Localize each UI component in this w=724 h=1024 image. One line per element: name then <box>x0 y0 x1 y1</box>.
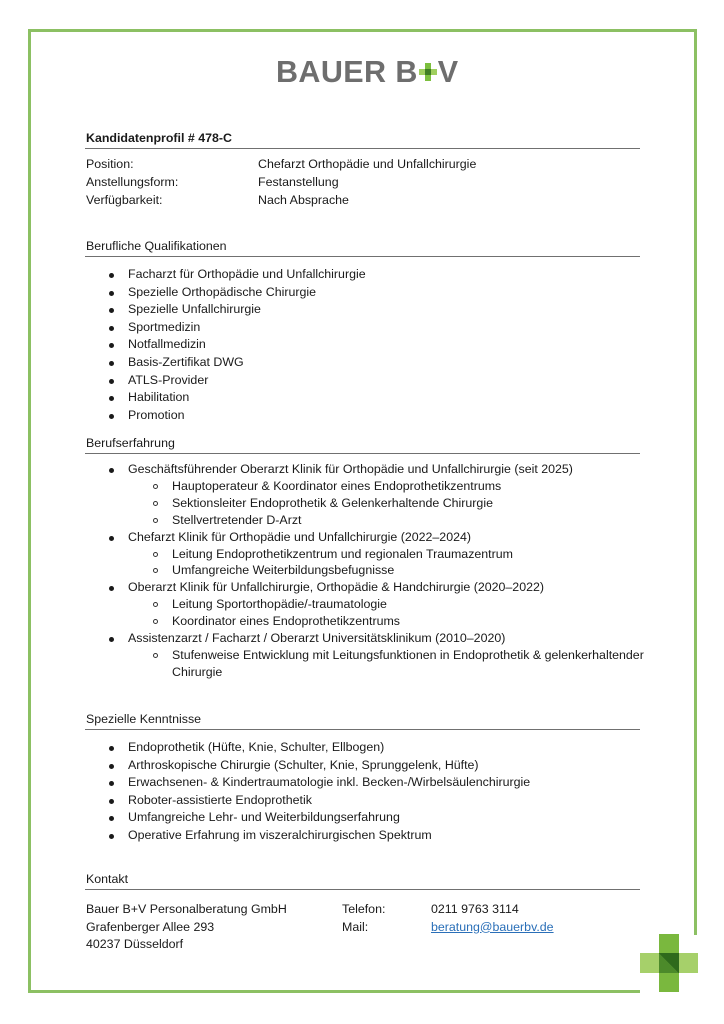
section-title: Berufliche Qualifikationen <box>86 239 227 253</box>
list-item-text: Basis-Zertifikat DWG <box>128 355 244 369</box>
bullet-icon <box>109 326 114 331</box>
bullet-icon <box>109 746 114 751</box>
list-item-text: Geschäftsführender Oberarzt Klinik für O… <box>128 462 573 476</box>
list-item-text: Habilitation <box>128 390 189 404</box>
field-label: Position: <box>86 157 134 171</box>
list-item-text: Leitung Endoprothetikzentrum und regiona… <box>172 547 513 561</box>
bullet-icon <box>109 343 114 348</box>
section-title: Berufserfahrung <box>86 436 175 450</box>
email-link[interactable]: beratung@bauerbv.de <box>431 920 554 934</box>
contact-heading: Kontakt <box>85 871 640 890</box>
bullet-icon <box>109 637 114 642</box>
circle-bullet-icon <box>153 518 158 523</box>
circle-bullet-icon <box>153 484 158 489</box>
list-item-text: Roboter-assistierte Endoprothetik <box>128 793 312 807</box>
list-item-text: Promotion <box>128 408 184 422</box>
contact-address: Bauer B+V Personalberatung GmbH Grafenbe… <box>86 901 287 954</box>
section-title: Kontakt <box>86 872 128 886</box>
list-item-text: Assistenzarzt / Facharzt / Oberarzt Univ… <box>128 631 505 645</box>
list-item-text: Arthroskopische Chirurgie (Schulter, Kni… <box>128 758 479 772</box>
list-item-text: Facharzt für Orthopädie und Unfallchirur… <box>128 267 366 281</box>
contact-labels: Telefon: Mail: <box>342 901 385 936</box>
list-item-text: Stellvertretender D-Arzt <box>172 513 301 527</box>
bullet-icon <box>109 414 114 419</box>
bullet-icon <box>109 764 114 769</box>
list-item-text: Operative Erfahrung im viszeralchirurgis… <box>128 828 432 842</box>
street: Grafenberger Allee 293 <box>86 919 287 937</box>
bullet-icon <box>109 396 114 401</box>
list-item-text: Chefarzt Klinik für Orthopädie und Unfal… <box>128 530 471 544</box>
list-item-text: Sportmedizin <box>128 320 200 334</box>
bullet-icon <box>109 586 114 591</box>
list-item-text: Leitung Sportorthopädie/-traumatologie <box>172 597 387 611</box>
logo-text-right: V <box>438 55 459 90</box>
circle-bullet-icon <box>153 619 158 624</box>
bullet-icon <box>109 781 114 786</box>
list-item-text: Umfangreiche Weiterbildungsbefugnisse <box>172 563 394 577</box>
list-item-text: Koordinator eines Endoprothetikzentrums <box>172 614 400 628</box>
field-label: Verfügbarkeit: <box>86 193 162 207</box>
circle-bullet-icon <box>153 552 158 557</box>
list-item-text: Hauptoperateur & Koordinator eines Endop… <box>172 479 501 493</box>
field-value: Festanstellung <box>258 175 339 189</box>
bullet-icon <box>109 291 114 296</box>
bullet-icon <box>109 273 114 278</box>
mail-label: Mail: <box>342 919 385 937</box>
list-item-text: Erwachsenen- & Kindertraumatologie inkl.… <box>128 775 530 789</box>
profile-title: Kandidatenprofil # 478-C <box>86 131 232 145</box>
qualifications-heading: Berufliche Qualifikationen <box>85 238 640 257</box>
list-item-text: Umfangreiche Lehr- und Weiterbildungserf… <box>128 810 400 824</box>
contact-values: 0211 9763 3114 beratung@bauerbv.de <box>431 901 554 936</box>
bullet-icon <box>109 361 114 366</box>
list-item-text: Chirurgie <box>172 665 222 679</box>
circle-bullet-icon <box>153 568 158 573</box>
list-item-text: Sektionsleiter Endoprothetik & Gelenkerh… <box>172 496 493 510</box>
circle-bullet-icon <box>153 602 158 607</box>
section-title: Spezielle Kenntnisse <box>86 712 201 726</box>
field-value: Chefarzt Orthopädie und Unfallchirurgie <box>258 157 476 171</box>
field-value: Nach Absprache <box>258 193 349 207</box>
bullet-icon <box>109 308 114 313</box>
circle-bullet-icon <box>153 501 158 506</box>
list-item-text: Spezielle Unfallchirurgie <box>128 302 261 316</box>
bullet-icon <box>109 834 114 839</box>
frame-border-bottom <box>28 990 640 993</box>
frame-border-left <box>28 29 31 993</box>
list-item-text: Oberarzt Klinik für Unfallchirurgie, Ort… <box>128 580 544 594</box>
list-item-text: ATLS-Provider <box>128 373 208 387</box>
frame-border-right <box>694 29 697 935</box>
logo-text-left: BAUER B <box>276 55 418 90</box>
phone-label: Telefon: <box>342 901 385 919</box>
phone-number: 0211 9763 3114 <box>431 901 554 919</box>
circle-bullet-icon <box>153 653 158 658</box>
bullet-icon <box>109 816 114 821</box>
experience-heading: Berufserfahrung <box>85 435 640 454</box>
company-logo: BAUER B V <box>276 54 459 90</box>
list-item-text: Spezielle Orthopädische Chirurgie <box>128 285 316 299</box>
city: 40237 Düsseldorf <box>86 936 287 954</box>
company-name: Bauer B+V Personalberatung GmbH <box>86 901 287 919</box>
list-item-text: Notfallmedizin <box>128 337 206 351</box>
bullet-icon <box>109 799 114 804</box>
profile-title-heading: Kandidatenprofil # 478-C <box>85 130 640 149</box>
list-item-text: Stufenweise Entwicklung mit Leitungsfunk… <box>172 648 644 662</box>
field-label: Anstellungsform: <box>86 175 178 189</box>
frame-border-top <box>28 29 697 32</box>
plus-icon <box>419 63 437 81</box>
skills-heading: Spezielle Kenntnisse <box>85 711 640 730</box>
bullet-icon <box>109 468 114 473</box>
list-item-text: Endoprothetik (Hüfte, Knie, Schulter, El… <box>128 740 384 754</box>
corner-plus-icon <box>640 934 698 992</box>
bullet-icon <box>109 379 114 384</box>
bullet-icon <box>109 536 114 541</box>
